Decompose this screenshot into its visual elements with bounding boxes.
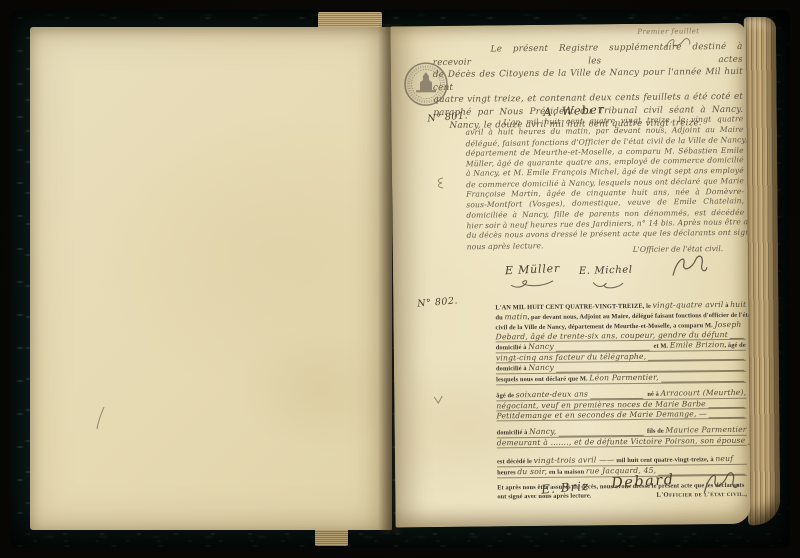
- printed-text: domicilié à: [496, 343, 529, 352]
- handwritten-entry: du soir,: [517, 467, 547, 476]
- blank-rule: [709, 409, 745, 418]
- signature-michel: E. Michel: [579, 265, 633, 277]
- blank-rule: [556, 361, 744, 373]
- tribunal-seal-stamp: [402, 60, 451, 109]
- handwritten-entry: Emile Brizion: [670, 340, 725, 350]
- handwritten-entry: vingt-quatre avril: [653, 300, 724, 310]
- signature-muller: E Müller: [505, 262, 561, 277]
- left-blank-flyleaf: [30, 27, 392, 530]
- form-row: demeurant à ......., et de défunte Victo…: [497, 436, 747, 449]
- form-row: lesquels nous ont déclaré que M. Léon Pa…: [496, 372, 746, 386]
- printed-text: et M.: [652, 342, 670, 351]
- handwritten-entry: Léon Parmentier,: [589, 373, 658, 383]
- handwritten-entry: Maurice Parmentier: [665, 425, 746, 435]
- officer-paraph-802: [699, 467, 739, 499]
- blank-rule: [648, 351, 744, 361]
- printed-text: domicilié à: [497, 428, 530, 437]
- printed-text: heures: [497, 468, 517, 477]
- printed-text: mil huit cent quatre-vingt-treize, à: [615, 455, 716, 465]
- blank-rule: [590, 389, 644, 400]
- handwritten-entry: neuf: [715, 454, 733, 463]
- printed-text: en la maison: [547, 467, 586, 476]
- blank-rule: [661, 372, 744, 383]
- margin-check-mark: [432, 394, 444, 406]
- blank-rule: [708, 399, 745, 408]
- printed-text: , âgé de: [724, 341, 745, 350]
- blank-rule: [556, 341, 650, 352]
- handwritten-entry: Nancy,: [529, 427, 556, 436]
- act-801-body: L'an mil huit cent quatre vingt treize, …: [465, 115, 744, 252]
- pen-mark: [94, 405, 108, 431]
- handwritten-entry: vingt-cinq ans facteur du télégraphe,: [496, 352, 647, 363]
- right-register-page: Premier feuillet Le présent Registre sup…: [390, 23, 750, 528]
- margin-check-mark: [434, 176, 446, 190]
- handwritten-entry: Nancy: [528, 342, 554, 351]
- blank-rule: [558, 426, 643, 437]
- handwritten-entry: Nancy: [528, 363, 554, 372]
- hand-line: de Décès des Citoyens de la Ville de Nan…: [433, 66, 743, 94]
- handwritten-entry: Joseph: [714, 320, 741, 329]
- officer-paraph-801: [669, 251, 709, 281]
- handwritten-entry: soixante-deux ans: [516, 389, 588, 399]
- hand-line: Le présent Registre supplémentaire desti…: [433, 41, 743, 69]
- printed-text: L'AN MIL HUIT CENT QUATRE-VINGT-TREIZE, …: [495, 302, 652, 313]
- handwritten-entry: vingt-trois avril ——: [534, 455, 615, 465]
- printed-text: du: [495, 313, 504, 322]
- printed-text: âgé de: [496, 391, 516, 400]
- handwritten-entry: matin: [504, 312, 527, 321]
- handwritten-entry: Petitdemange et en secondes de Marie Dem…: [496, 409, 707, 420]
- page-block-tail-edge: [315, 528, 348, 546]
- act-number-802: N° 802.: [417, 295, 459, 309]
- printed-text: est décédé le: [497, 457, 534, 466]
- printed-text: né à: [646, 390, 661, 399]
- printed-text: lesquels nous ont déclaré que M.: [496, 374, 589, 384]
- handwritten-entry: demeurant à ......., et de défunte Victo…: [497, 436, 746, 448]
- scanned-register-photo: Premier feuillet Le présent Registre sup…: [0, 0, 800, 558]
- signature-michel-flourish: [589, 278, 625, 294]
- handwritten-entry: huit: [730, 300, 746, 309]
- blank-rule: [730, 330, 744, 339]
- form-row: Petitdemange et en secondes de Marie Dem…: [496, 409, 746, 422]
- printed-text: domicilié à: [496, 364, 529, 373]
- signature-muller-flourish: [509, 277, 555, 293]
- printed-text: [591, 497, 656, 498]
- handwritten-entry: Arracourt (Meurthe),: [661, 388, 747, 398]
- printed-text: fils de: [645, 427, 665, 436]
